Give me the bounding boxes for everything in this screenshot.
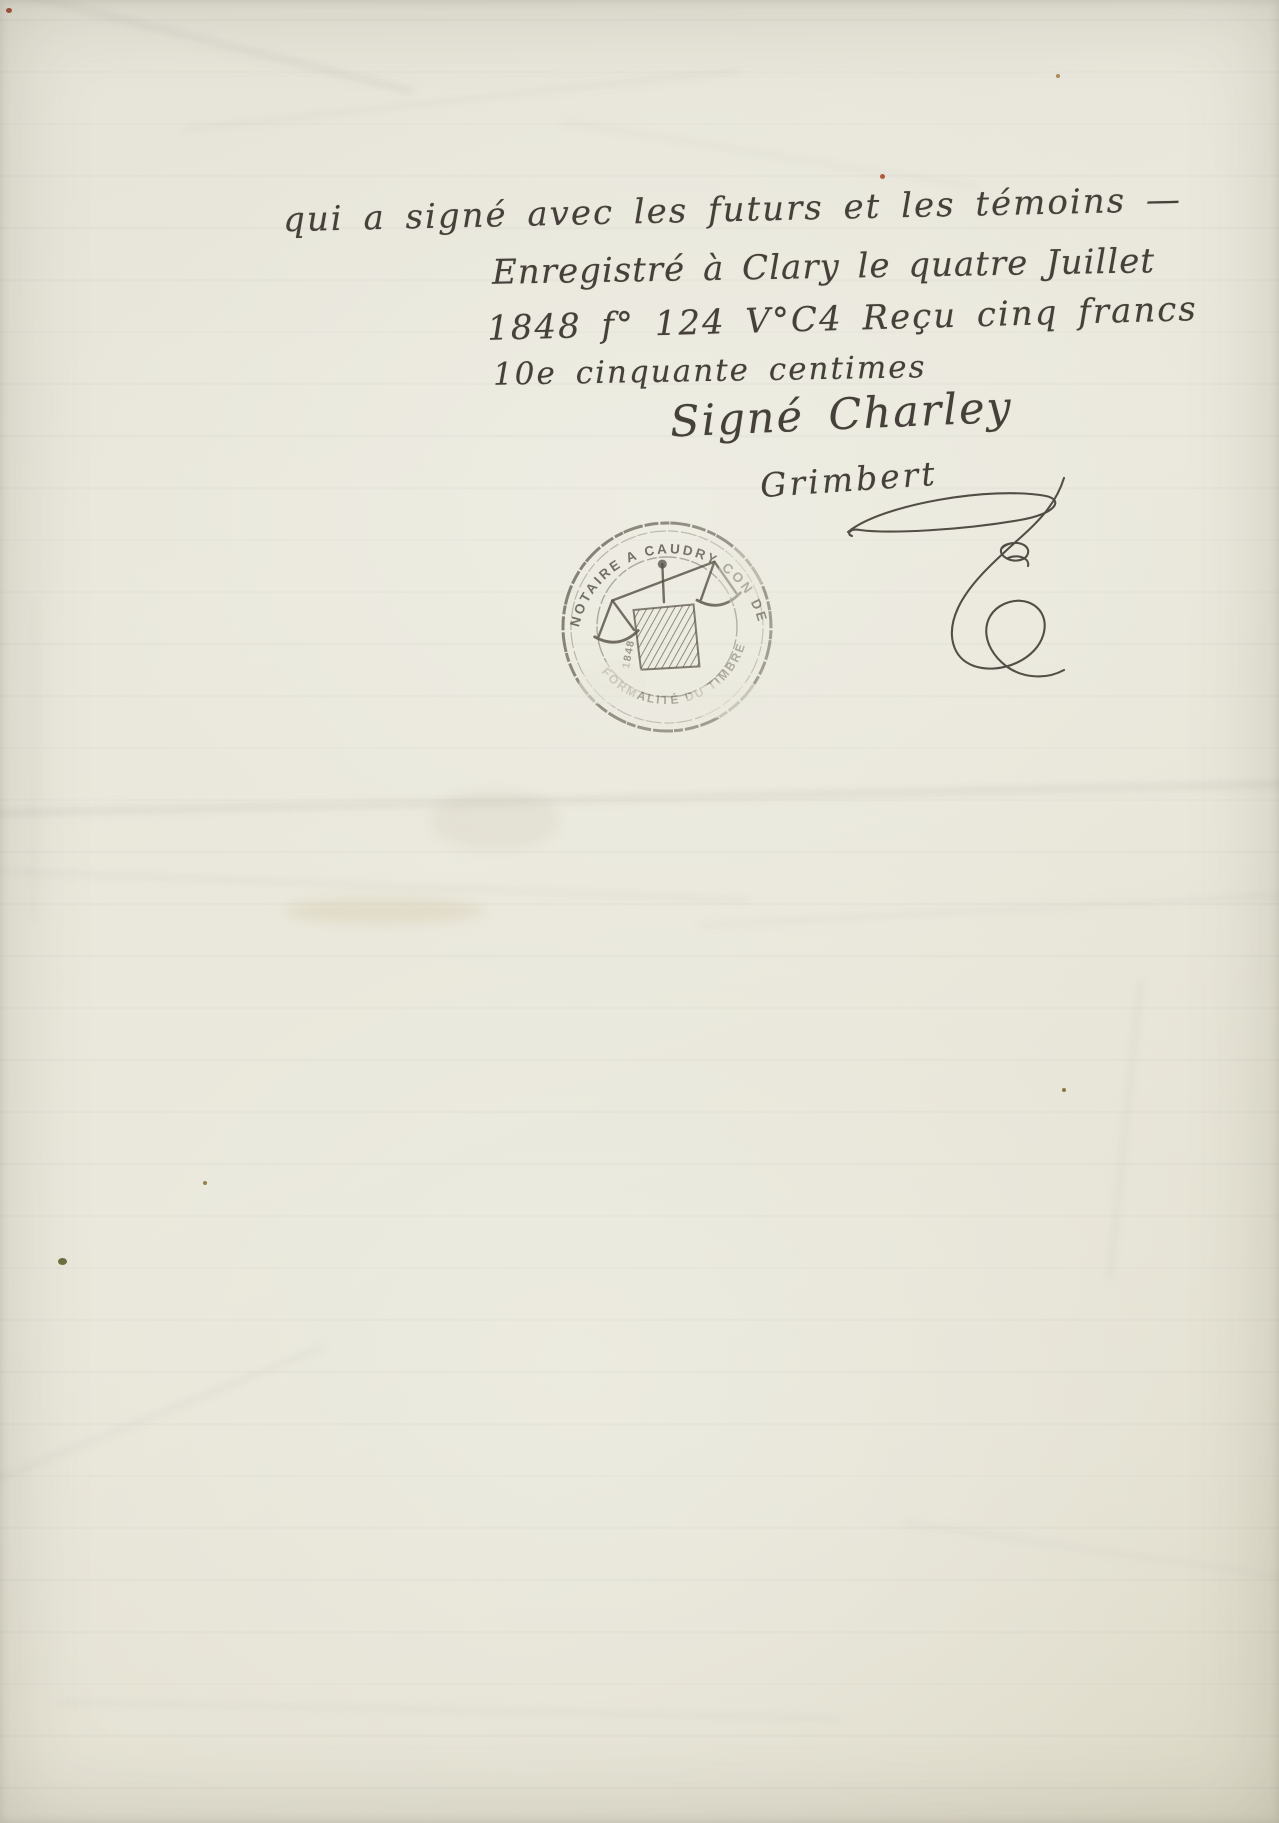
signature-paraph xyxy=(842,470,1082,695)
paper-crease xyxy=(0,1342,327,1509)
paper-crease xyxy=(30,600,38,920)
handwritten-line-signe: Signé Charley xyxy=(669,383,1014,448)
signature-grimbert: Grimbert xyxy=(759,454,939,505)
paper-crease xyxy=(902,1518,1279,1591)
paper-crease xyxy=(0,777,1279,819)
handwritten-line-centimes: 10e cinquante centimes xyxy=(493,349,927,393)
paper-crease xyxy=(1104,980,1144,1279)
ink-bleedthrough xyxy=(430,790,560,850)
stamp-text-bottom-wrap: FORMALITÉ DU TIMBRE xyxy=(597,639,755,716)
ink-bleedthrough xyxy=(285,898,485,924)
paper-crease xyxy=(700,889,1279,929)
stamp-text-top: NOTAIRE A CAUDRY CON DE CLARY xyxy=(532,492,771,651)
paper-speck xyxy=(203,1181,207,1185)
paper-crease xyxy=(0,865,750,904)
stamp-rings xyxy=(551,511,783,743)
paper-crease xyxy=(0,0,414,96)
paper-speck xyxy=(58,1258,67,1265)
paper-crease xyxy=(562,117,978,191)
handwritten-line-enregistre: Enregistré à Clary le quatre Juillet xyxy=(492,241,1156,293)
paper-crease xyxy=(60,1697,840,1722)
stamp-text-top-wrap: NOTAIRE A CAUDRY CON DE CLARY xyxy=(532,492,771,651)
notary-stamp: NOTAIRE A CAUDRY CON DE CLARY FORMALITÉ … xyxy=(532,492,802,762)
scales-of-justice-icon xyxy=(586,551,749,683)
paper-speck xyxy=(1062,1088,1066,1092)
handwritten-line-folio-fee: 1848 f° 124 V°C4 Reçu cinq francs xyxy=(487,289,1199,349)
document-page: qui a signé avec les futurs et les témoi… xyxy=(0,0,1279,1823)
stamp-fade-patches xyxy=(564,544,779,735)
paper-speck xyxy=(880,174,885,179)
stamp-year-mark: 1848 xyxy=(620,638,637,669)
paper-crease xyxy=(181,66,739,133)
handwritten-line-signatures-note: qui a signé avec les futurs et les témoi… xyxy=(283,180,1183,240)
stamp-text-bottom: FORMALITÉ DU TIMBRE xyxy=(597,639,755,716)
paper-speck xyxy=(1056,74,1060,78)
paper-speck xyxy=(6,8,12,13)
